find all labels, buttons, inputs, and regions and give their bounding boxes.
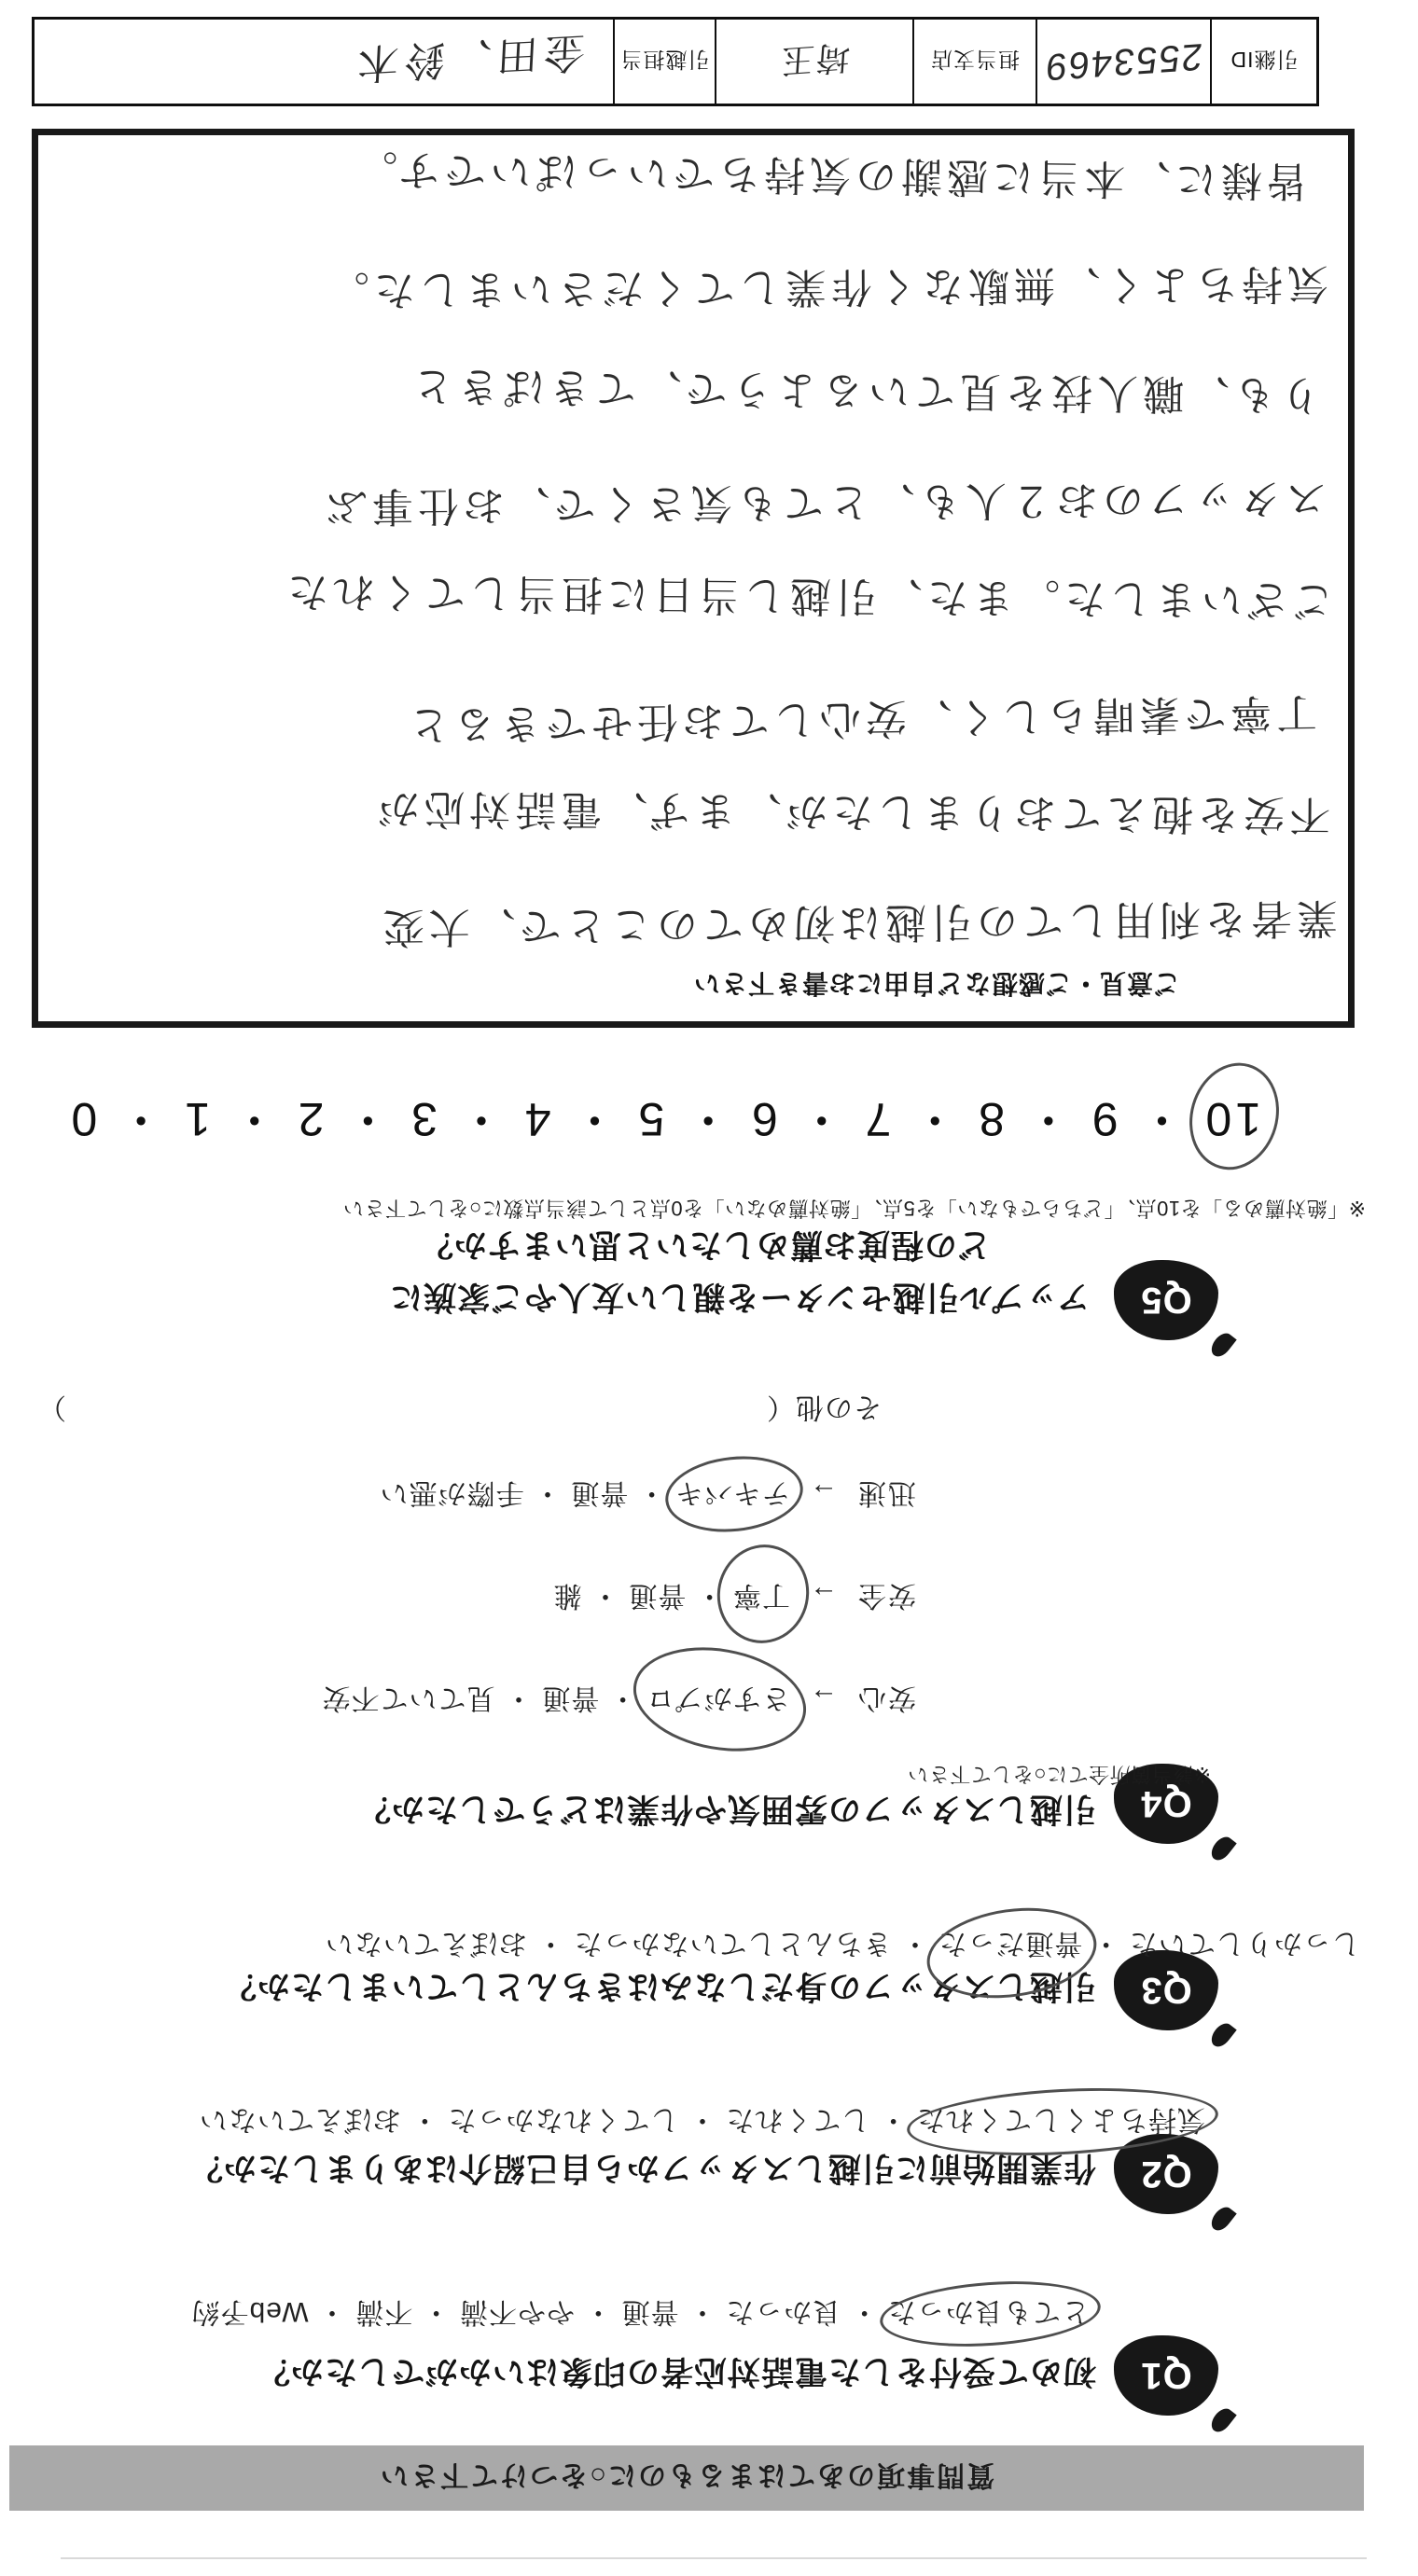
q5-note: ※「絶対薦める」を10点、「どちらでもない」を5点、「絶対薦めない」を0点として…	[343, 1195, 1366, 1224]
q3-badge-label: Q3	[1140, 1970, 1191, 2012]
id-table-value-hikitsugi-id: 2553469	[1037, 20, 1212, 104]
q4-row-anshin-post: ・ 普通 ・ 見ていて不安	[322, 1683, 646, 1713]
q4-row-anshin-label: 安心	[856, 1683, 916, 1713]
section-title-text: 質問事項のあてはまるものに○をつけて下さい	[379, 2458, 994, 2499]
q4-row-jinsoku-label: 迅速	[856, 1477, 916, 1508]
q2-badge: Q2	[1114, 2134, 1218, 2214]
q1-selected-option: とても良かった	[887, 2294, 1090, 2335]
q4-other-row: その他（ ）	[37, 1390, 882, 1431]
handwritten-line: 業者を利用しての引越は初めてのことで、大変	[379, 892, 1339, 962]
branch-value: 埼玉	[777, 35, 851, 89]
q3-selected-option: 普通だった	[938, 1926, 1082, 1967]
q5-badge-tail-icon	[1207, 1329, 1236, 1360]
id-table-label-hikitsugi-id: 引継ID	[1212, 20, 1316, 104]
comment-prompt: ご意見・ご感想など自由にお書き下さい	[693, 966, 1180, 1004]
q1-badge-tail-icon	[1207, 2404, 1236, 2435]
q2-question: 作業開始前に引越しスタッフから自己紹介はありましたか？	[189, 2147, 1096, 2194]
q5-badge-label: Q5	[1140, 1280, 1191, 1322]
q2-options: 気持ちよくしてくれた ・ してくれた ・ してくれなかった ・ おぼえていない	[199, 2102, 1205, 2143]
q4-note: ※該当箇所全てに○をして下さい	[908, 1761, 1211, 1790]
q4-row-jinsoku-arrow: →	[809, 1477, 838, 1508]
q4-other-close-paren: ）	[37, 1390, 66, 1431]
staff-value: 金田、鈴木	[350, 25, 586, 97]
handwritten-line: りも、職人技を見ているようで、てきぱきと	[408, 360, 1322, 429]
q4-row-anzen-label: 安全	[856, 1580, 916, 1611]
handwritten-line: 丁寧で素晴らしく、安心してお任せできると	[404, 686, 1318, 759]
q4-question: 引越しスタッフの雰囲気や作業はどうでしたか？	[357, 1788, 1096, 1835]
q2-selected-option: 気持ちよくしてくれた	[916, 2102, 1205, 2143]
q4-row-jinsoku-selected: テキパキ	[674, 1475, 790, 1517]
handwritten-line: 気持ちよく、無駄なく作業してくださいました。	[324, 257, 1329, 325]
q5-badge: Q5	[1114, 1260, 1218, 1340]
q2-badge-tail-icon	[1207, 2203, 1236, 2234]
q5-question-line1: アップル引越センターを親しい友人やご家族に	[389, 1276, 1090, 1323]
q4-row-anshin-arrow: →	[809, 1683, 838, 1713]
q3-options-post: ・ きちんとしていなかった ・ おぼえていない	[325, 1928, 938, 1959]
q4-other-label: その他（	[766, 1390, 882, 1431]
q5-scale-rest: ・ 9 ・ 8 ・ 7 ・ 6 ・ 5 ・ 4 ・ 3 ・ 2 ・ 1 ・ 0	[67, 1093, 1202, 1145]
id-table-value-branch: 埼玉	[716, 20, 914, 104]
q4-row-anshin-selected: さすがプロ	[646, 1681, 790, 1722]
handwritten-line: 皆様に、本当に感謝の気持ちでいっぱいです。	[352, 143, 1309, 215]
q4-row-anzen-post: ・ 普通 ・ 雑	[553, 1580, 732, 1611]
id-table-label-staff: 引越担当	[615, 20, 716, 104]
q4-row-jinsoku-post: ・ 普通 ・ 手際が悪い	[380, 1477, 674, 1508]
q4-row-anzen-arrow: →	[809, 1580, 838, 1611]
q4-row-anzen: 安全→丁寧 ・ 普通 ・ 雑	[553, 1578, 916, 1619]
staff-label: 引越担当	[620, 47, 710, 77]
q4-row-anzen-selected: 丁寧	[732, 1578, 790, 1619]
q2-badge-label: Q2	[1140, 2154, 1191, 2195]
survey-sheet: 質問事項のあてはまるものに○をつけて下さい Q1 初めて受付をした電話対応者の印…	[0, 0, 1418, 2576]
q3-options-pre: しっかりしていた ・	[1082, 1928, 1360, 1959]
id-table: 引継ID 2553469 担当支店 埼玉 引越担当 金田、鈴木	[32, 17, 1319, 106]
section-title-bar: 質問事項のあてはまるものに○をつけて下さい	[9, 2445, 1364, 2511]
q1-question: 初めて受付をした電話対応者の印象はいかがでしたか？	[257, 2350, 1096, 2397]
scan-artifact-line	[61, 2557, 1367, 2559]
q5-score-scale: 10 ・ 9 ・ 8 ・ 7 ・ 6 ・ 5 ・ 4 ・ 3 ・ 2 ・ 1 ・…	[67, 1089, 1261, 1156]
handwritten-line: 不安を抱えておりましたが、まず、電話対応が	[373, 782, 1330, 849]
q3-options: しっかりしていた ・ 普通だった ・ きちんとしていなかった ・ おぼえていない	[325, 1926, 1360, 1967]
handwritten-line: スタッフのお２人も、とても気さくで、お仕事ぶ	[322, 472, 1328, 540]
q1-badge-label: Q1	[1140, 2355, 1191, 2397]
q1-badge: Q1	[1114, 2335, 1218, 2416]
q1-options-post: ・ 良かった ・ 普通 ・ やや不満 ・ 不満 ・ Web予約	[191, 2296, 888, 2327]
scanned-survey-page: 質問事項のあてはまるものに○をつけて下さい Q1 初めて受付をした電話対応者の印…	[0, 0, 1418, 2576]
q4-row-anshin: 安心→さすがプロ ・ 普通 ・ 見ていて不安	[322, 1681, 916, 1722]
branch-label: 担当支店	[930, 47, 1020, 77]
q3-badge-tail-icon	[1207, 2019, 1236, 2050]
hikitsugi-id-value: 2553469	[1043, 35, 1203, 88]
q5-question-line2: どの程度お薦めしたいと思いますか？	[420, 1224, 991, 1270]
handwritten-line: ございました。また、引越し当日に担当してくれた	[283, 565, 1335, 634]
id-table-label-branch: 担当支店	[914, 20, 1037, 104]
q1-options: とても良かった ・ 良かった ・ 普通 ・ やや不満 ・ 不満 ・ Web予約	[191, 2294, 1091, 2335]
q3-question: 引越しスタッフの身だしなみはきちんとしていましたか？	[223, 1965, 1096, 2012]
q2-options-post: ・ してくれた ・ してくれなかった ・ おぼえていない	[199, 2104, 916, 2135]
q4-row-jinsoku: 迅速→テキパキ ・ 普通 ・ 手際が悪い	[380, 1475, 916, 1517]
id-table-value-staff: 金田、鈴木	[35, 20, 615, 104]
hikitsugi-id-label: 引継ID	[1230, 47, 1299, 77]
q5-selected-score: 10	[1202, 1092, 1261, 1146]
q4-badge-tail-icon	[1207, 1833, 1236, 1863]
